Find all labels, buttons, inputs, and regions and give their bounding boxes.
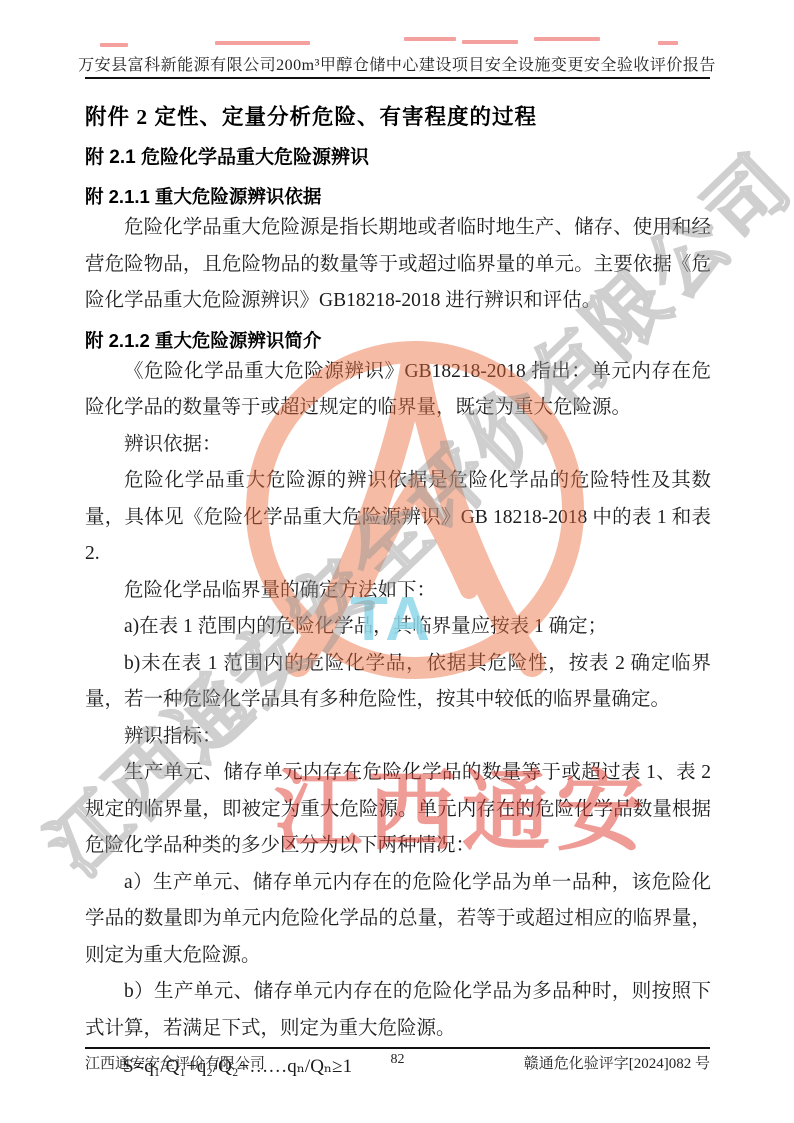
edit-mark bbox=[462, 40, 518, 44]
list-item-b: b）生产单元、储存单元内存在的危险化学品为多品种时，则按照下式计算，若满足下式，… bbox=[85, 974, 711, 1047]
attachment-title: 附件 2 定性、定量分析危险、有害程度的过程 bbox=[85, 102, 711, 132]
page-header-title: 万安县富科新能源有限公司200m³甲醇仓储中心建设项目安全设施变更安全验收评价报… bbox=[0, 52, 794, 75]
edit-mark bbox=[404, 37, 456, 41]
footer-doc-number: 赣通危化验评字[2024]082 号 bbox=[524, 1052, 710, 1073]
section-2-1-2-heading: 附 2.1.2 重大危险源辨识简介 bbox=[85, 328, 711, 354]
footer-rule bbox=[85, 1047, 710, 1049]
list-item-a: a)在表 1 范围内的危险化学品，其临界量应按表 1 确定； bbox=[85, 609, 711, 646]
paragraph: 辨识依据： bbox=[85, 427, 711, 464]
paragraph: 危险化学品重大危险源是指长期地或者临时地生产、储存、使用和经营危险物品，且危险物… bbox=[85, 210, 711, 320]
paragraph: 《危险化学品重大危险源辨识》GB18218-2018 指出：单元内存在危险化学品… bbox=[85, 354, 711, 427]
header-rule bbox=[85, 77, 710, 79]
document-page: 万安县富科新能源有限公司200m³甲醇仓储中心建设项目安全设施变更安全验收评价报… bbox=[0, 0, 794, 1123]
paragraph: 危险化学品重大危险源的辨识依据是危险化学品的危险特性及其数量，具体见《危险化学品… bbox=[85, 463, 711, 573]
paragraph: 辨识指标： bbox=[85, 719, 711, 756]
edit-mark bbox=[534, 37, 600, 41]
list-item-b: b)未在表 1 范围内的危险化学品，依据其危险性，按表 2 确定临界量，若一种危… bbox=[85, 646, 711, 719]
section-2-1-1-heading: 附 2.1.1 重大危险源辨识依据 bbox=[85, 184, 711, 210]
paragraph: 生产单元、储存单元内存在危险化学品的数量等于或超过表 1、表 2 规定的临界量，… bbox=[85, 755, 711, 865]
document-body: 附件 2 定性、定量分析危险、有害程度的过程 附 2.1 危险化学品重大危险源辨… bbox=[85, 90, 711, 1086]
paragraph: 危险化学品临界量的确定方法如下： bbox=[85, 573, 711, 610]
edit-mark bbox=[100, 43, 128, 47]
edit-mark bbox=[215, 41, 310, 45]
edit-mark bbox=[658, 41, 678, 45]
section-2-1-heading: 附 2.1 危险化学品重大危险源辨识 bbox=[85, 144, 711, 172]
list-item-a: a）生产单元、储存单元内存在的危险化学品为单一品种，该危险化学品的数量即为单元内… bbox=[85, 865, 711, 975]
